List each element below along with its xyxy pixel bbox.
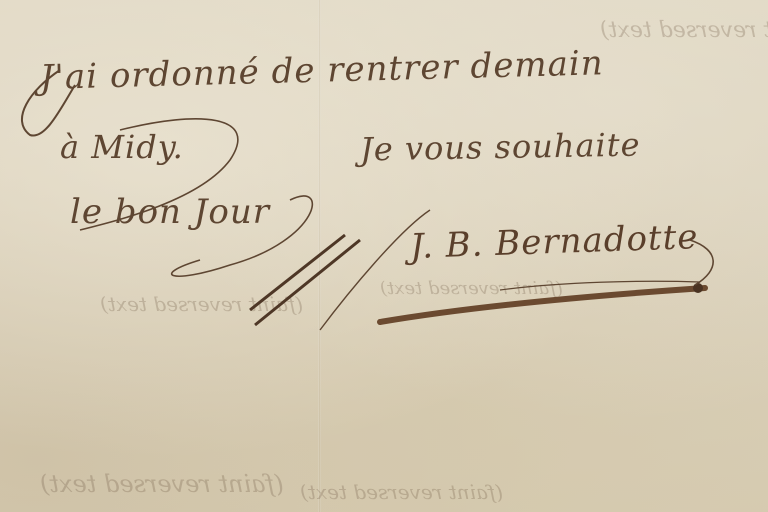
pen-flourish-strokes bbox=[0, 0, 768, 512]
handwritten-letter: (faint reversed text) (faint reversed te… bbox=[0, 0, 768, 512]
